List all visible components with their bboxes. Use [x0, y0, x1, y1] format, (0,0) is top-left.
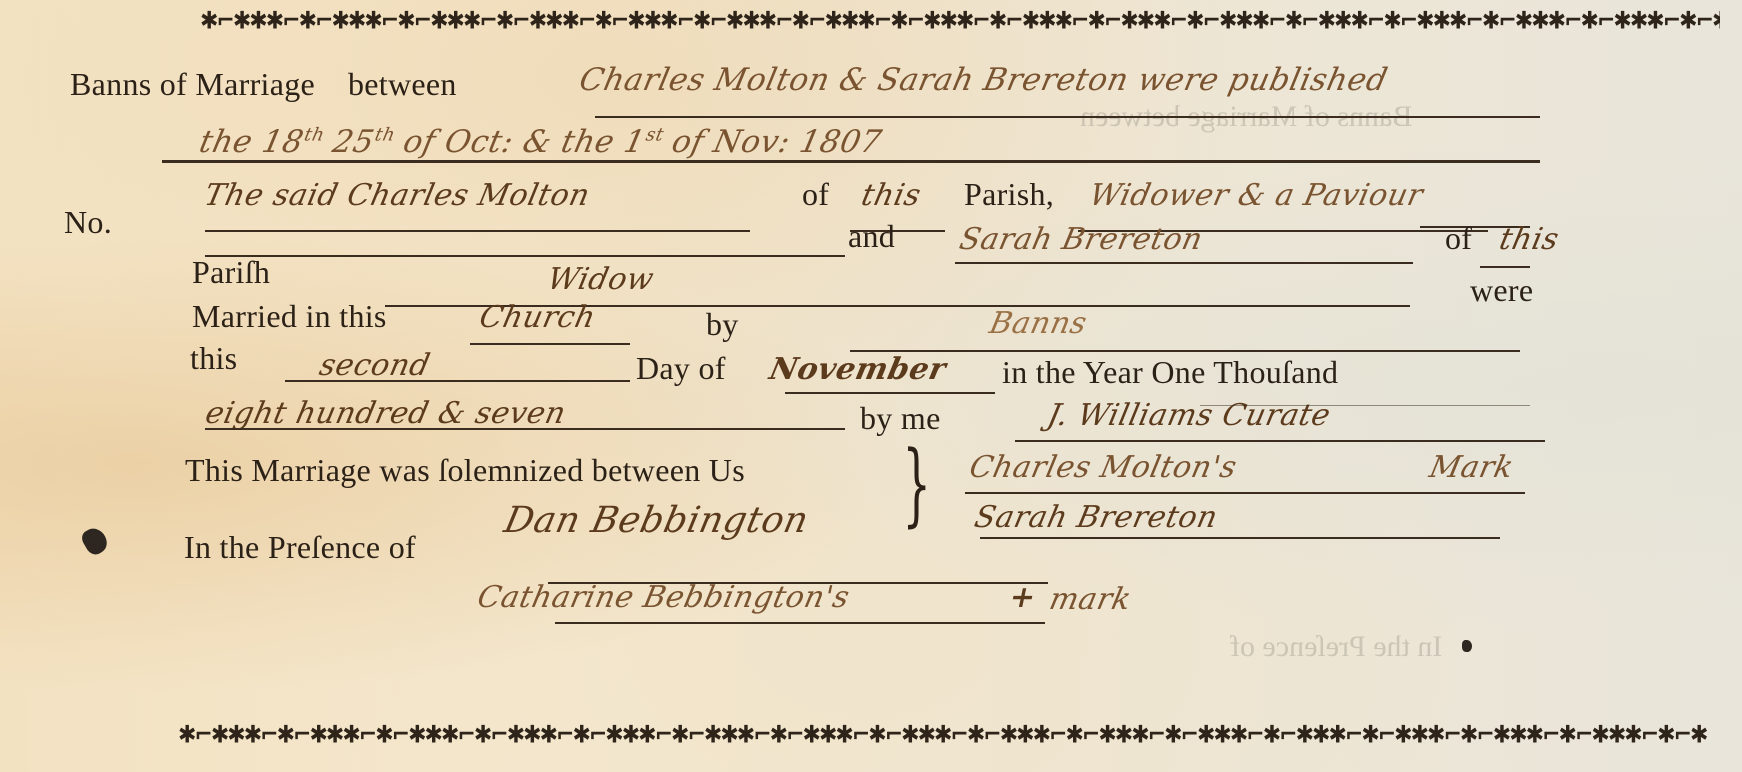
- presence-label: In the Preſence of: [184, 529, 416, 566]
- witness-1-signature: Dan Bebbington: [501, 500, 813, 541]
- year-words-handwritten: eight hundred & seven: [202, 396, 569, 431]
- ornament-glyph: ✱⌐✱✱✱⌐: [1657, 721, 1708, 749]
- ornament-glyph: ✱⌐✱✱✱⌐: [989, 7, 1088, 35]
- bride-name-handwritten: Sarah Brereton: [956, 222, 1206, 257]
- witness-2-mark-label: mark: [1046, 582, 1134, 617]
- method-handwritten: Banns: [986, 306, 1090, 341]
- ornament-glyph: ✱⌐✱✱✱⌐: [1383, 7, 1482, 35]
- parish-label: Parish,: [964, 176, 1054, 213]
- month-handwritten: November: [766, 352, 949, 387]
- ornament-glyph: ✱⌐✱✱✱⌐: [967, 721, 1066, 749]
- ink-blot: [79, 524, 111, 558]
- rule-line: [555, 622, 1045, 624]
- entry-number-label: No.: [64, 204, 112, 241]
- rule-line: [470, 343, 630, 345]
- ornament-glyph: ✱⌐✱✱✱⌐: [890, 7, 989, 35]
- banns-heading: Banns of Marriage: [70, 66, 315, 103]
- rule-line: [205, 230, 750, 232]
- officiant-signature: J. Williams Curate: [1044, 398, 1333, 433]
- and-label: and: [848, 218, 895, 255]
- day-of-label: Day of: [636, 350, 726, 387]
- this-label: this: [190, 340, 237, 377]
- ornament-glyph: ✱⌐✱✱✱⌐: [1482, 7, 1581, 35]
- ornament-glyph: ✱⌐✱✱✱⌐: [299, 7, 398, 35]
- ornament-glyph: ✱⌐✱✱✱⌐: [693, 7, 792, 35]
- ornament-glyph: ✱⌐✱✱✱⌐: [1581, 7, 1680, 35]
- solemnized-label: This Marriage was ſolemnized between Us: [185, 452, 745, 489]
- rule-line: [285, 380, 630, 382]
- bride-parish-handwritten: this: [1496, 222, 1562, 257]
- ornament-glyph: ✱⌐✱✱✱⌐: [770, 721, 869, 749]
- place-handwritten: Church: [476, 300, 599, 335]
- parish-label: Pariſh: [192, 254, 270, 291]
- ornament-glyph: ✱⌐✱✱✱⌐: [1361, 721, 1460, 749]
- rule-line: [1200, 405, 1530, 406]
- bottom-ornamental-border: ✱⌐✱✱✱⌐✱⌐✱✱✱⌐✱⌐✱✱✱⌐✱⌐✱✱✱⌐✱⌐✱✱✱⌐✱⌐✱✱✱⌐✱⌐✱✱…: [178, 720, 1708, 750]
- ink-blot: [1462, 640, 1472, 652]
- rule-line: [955, 262, 1413, 264]
- ornament-glyph: ✱⌐✱✱✱⌐: [1679, 7, 1720, 35]
- rule-line: [850, 350, 1520, 352]
- ornament-glyph: ✱⌐✱✱✱⌐: [397, 7, 496, 35]
- between-label: between: [348, 66, 457, 103]
- brace-symbol: }: [902, 440, 931, 530]
- ornament-glyph: ✱⌐✱✱✱⌐: [572, 721, 671, 749]
- ornament-glyph: ✱⌐✱✱✱⌐: [200, 7, 299, 35]
- ornament-glyph: ✱⌐✱✱✱⌐: [1164, 721, 1263, 749]
- bleed-through-text: In the Preſence of: [1230, 630, 1442, 664]
- banns-dates-handwritten: the 18th 25th of Oct: & the 1st of Nov: …: [196, 124, 885, 160]
- ornament-glyph: ✱⌐✱✱✱⌐: [178, 721, 277, 749]
- ornament-glyph: ✱⌐✱✱✱⌐: [1263, 721, 1362, 749]
- by-label: by: [706, 306, 739, 343]
- married-in-this-label: Married in this: [192, 298, 387, 335]
- ornament-glyph: ✱⌐✱✱✱⌐: [1065, 721, 1164, 749]
- bride-status-handwritten: Widow: [544, 262, 657, 297]
- ornament-glyph: ✱⌐✱✱✱⌐: [1559, 721, 1658, 749]
- groom-parish-handwritten: this: [858, 178, 924, 213]
- rule-line: [205, 428, 845, 430]
- ornament-glyph: ✱⌐✱✱✱⌐: [277, 721, 376, 749]
- groom-signature: Charles Molton's: [966, 450, 1240, 485]
- year-label: in the Year One Thouſand: [1002, 354, 1338, 391]
- rule-line: [1015, 440, 1545, 442]
- ornament-glyph: ✱⌐✱✱✱⌐: [1186, 7, 1285, 35]
- rule-line: [965, 492, 1525, 494]
- top-ornamental-border: ✱⌐✱✱✱⌐✱⌐✱✱✱⌐✱⌐✱✱✱⌐✱⌐✱✱✱⌐✱⌐✱✱✱⌐✱⌐✱✱✱⌐✱⌐✱✱…: [200, 6, 1720, 36]
- ornament-glyph: ✱⌐✱✱✱⌐: [496, 7, 595, 35]
- ornament-glyph: ✱⌐✱✱✱⌐: [474, 721, 573, 749]
- of-label: of: [802, 176, 829, 213]
- of-label: of: [1445, 220, 1472, 257]
- groom-mark: Mark: [1426, 450, 1517, 485]
- banns-names-handwritten: Charles Molton & Sarah Brereton were pub…: [576, 62, 1391, 98]
- ornament-glyph: ✱⌐✱✱✱⌐: [594, 7, 693, 35]
- were-label: were: [1470, 272, 1533, 309]
- register-page: ✱⌐✱✱✱⌐✱⌐✱✱✱⌐✱⌐✱✱✱⌐✱⌐✱✱✱⌐✱⌐✱✱✱⌐✱⌐✱✱✱⌐✱⌐✱✱…: [0, 0, 1742, 772]
- rule-line: [162, 160, 1540, 163]
- rule-line: [785, 392, 995, 394]
- witness-2-cross-mark: +: [1006, 580, 1039, 615]
- ornament-glyph: ✱⌐✱✱✱⌐: [1460, 721, 1559, 749]
- day-handwritten: second: [316, 348, 433, 383]
- groom-status-handwritten: Widower & a Paviour: [1086, 178, 1426, 213]
- rule-line: [1480, 266, 1530, 268]
- ornament-glyph: ✱⌐✱✱✱⌐: [375, 721, 474, 749]
- ornament-glyph: ✱⌐✱✱✱⌐: [671, 721, 770, 749]
- rule-line: [595, 116, 1540, 118]
- bride-signature: Sarah Brereton: [971, 500, 1221, 535]
- ornament-glyph: ✱⌐✱✱✱⌐: [868, 721, 967, 749]
- ornament-glyph: ✱⌐✱✱✱⌐: [1087, 7, 1186, 35]
- ornament-glyph: ✱⌐✱✱✱⌐: [792, 7, 891, 35]
- rule-line: [980, 537, 1500, 539]
- groom-name-handwritten: The said Charles Molton: [201, 178, 593, 213]
- witness-2-signature: Catharine Bebbington's: [474, 580, 853, 615]
- rule-line: [205, 255, 845, 257]
- ornament-glyph: ✱⌐✱✱✱⌐: [1285, 7, 1384, 35]
